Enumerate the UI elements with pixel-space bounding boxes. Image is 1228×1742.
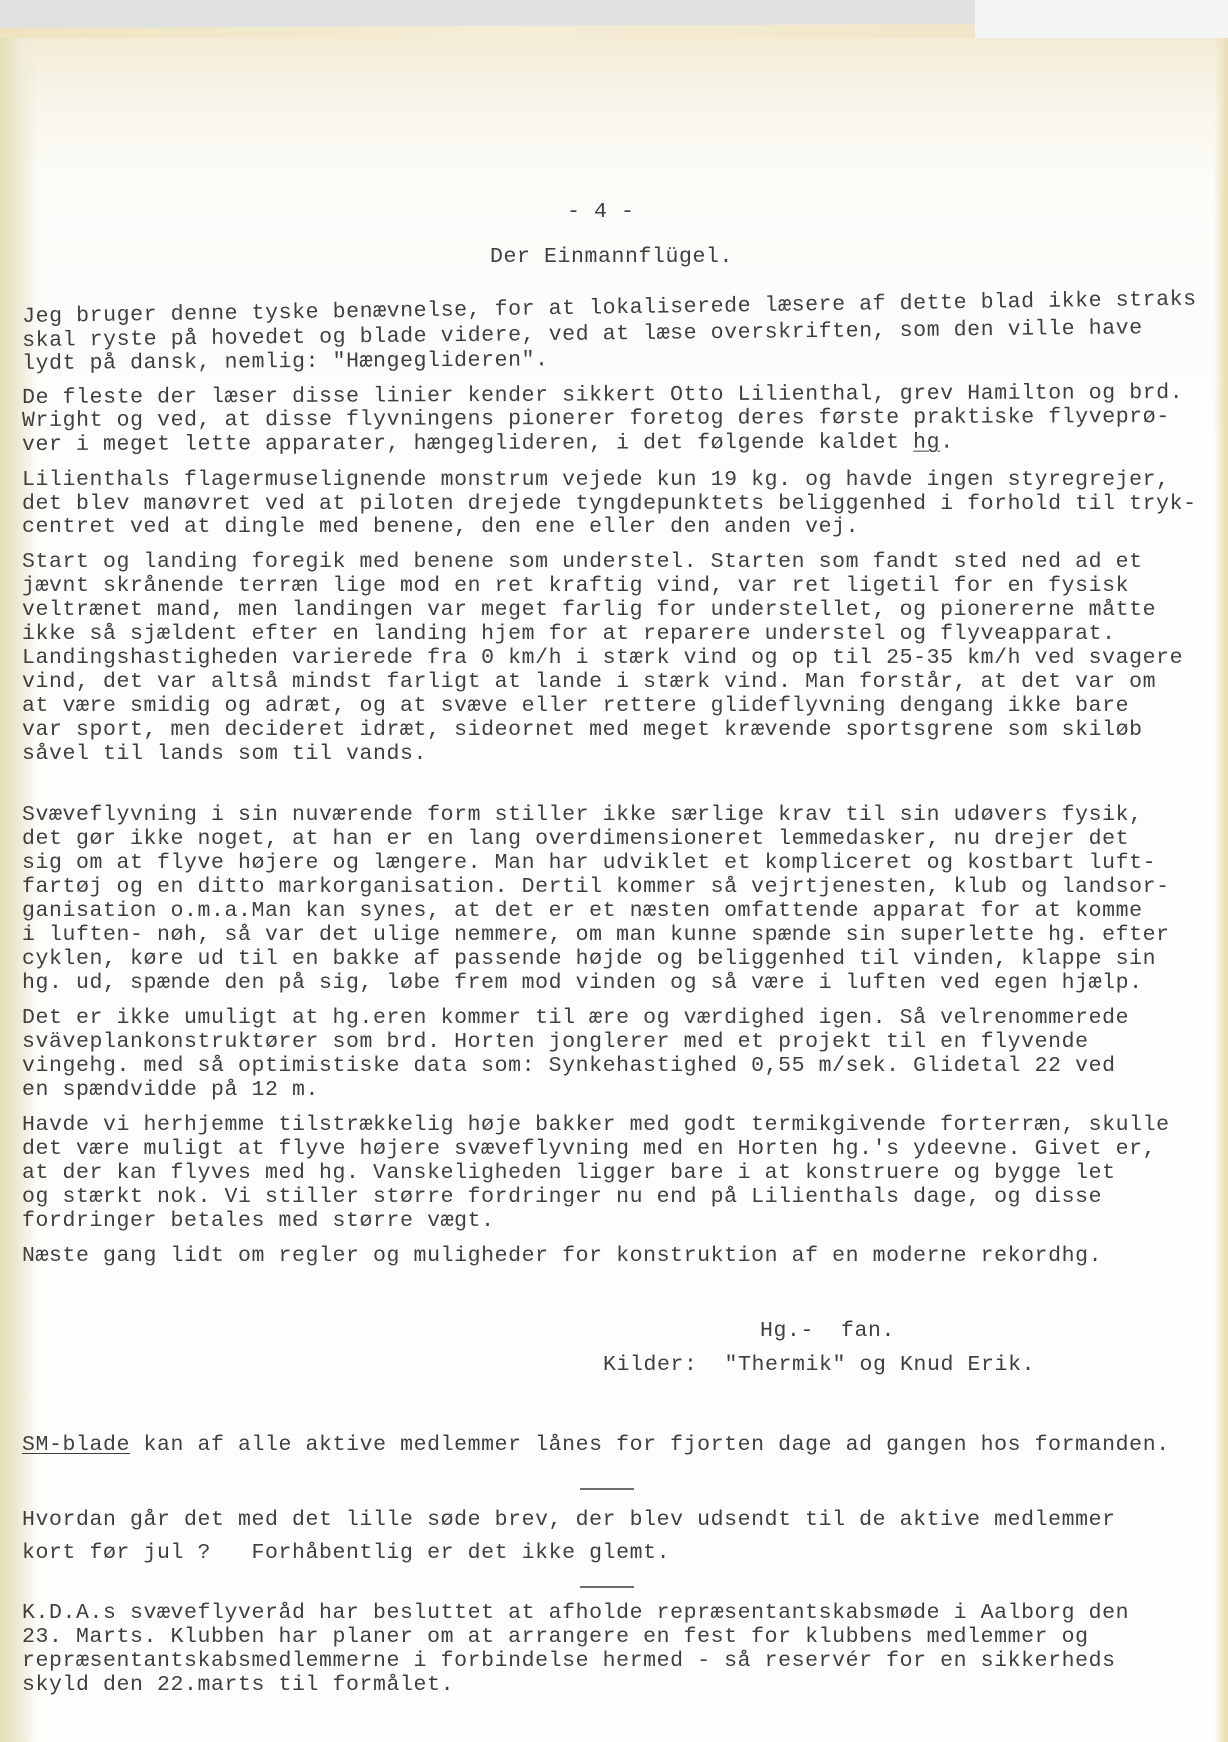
separator-rule <box>580 1488 634 1490</box>
text-line: det blev manøvret ved at piloten drejede… <box>22 492 1197 516</box>
text-line: fartøj og en ditto markorganisation. Der… <box>22 875 1170 899</box>
text-line: lydt på dansk, nemlig: "Hængeglideren". <box>22 348 549 376</box>
text-line: såvel til lands som til vands. <box>22 742 427 766</box>
underlined-abbreviation: hg <box>913 431 940 455</box>
text-line: repræsentantskabsmedlemmerne i forbindel… <box>22 1649 1116 1673</box>
text-line: det gør ikke noget, at han er en lang ov… <box>22 827 1129 851</box>
text-line: hg. ud, spænde den på sig, løbe frem mod… <box>22 971 1143 995</box>
text-line: K.D.A.s svæveflyveråd har besluttet at a… <box>22 1601 1129 1625</box>
text-line: vingehg. med så optimistiske data som: S… <box>22 1054 1116 1078</box>
text-line: Wright og ved, at disse flyvningens pion… <box>22 405 1170 433</box>
text-line: sig om at flyve højere og længere. Man h… <box>22 851 1156 875</box>
text-line: ver i meget lette apparater, hængeglider… <box>22 431 954 457</box>
text-line: i luften- nøh, så var det ulige nemmere,… <box>22 923 1170 947</box>
text-line: Hvordan går det med det lille søde brev,… <box>22 1508 1116 1532</box>
text-line: jævnt skrånende terræn lige mod en ret k… <box>22 574 1129 598</box>
notice-text: kan af alle aktive medlemmer lånes for f… <box>130 1433 1170 1457</box>
text-line: Landingshastigheden varierede fra 0 km/h… <box>22 646 1183 670</box>
text-line: skyld den 22.marts til formålet. <box>22 1673 454 1697</box>
text-line: Det er ikke umuligt at hg.eren kommer ti… <box>22 1006 1129 1030</box>
text-line: en spændvidde på 12 m. <box>22 1078 319 1102</box>
text-line: ikke så sjældent efter en landing hjem f… <box>22 622 1116 646</box>
sources-line: Kilder: "Thermik" og Knud Erik. <box>603 1353 1035 1377</box>
text-line: var sport, men decideret idræt, sideorne… <box>22 718 1143 742</box>
text-line: at være smidig og adræt, og at svæve ell… <box>22 694 1129 718</box>
page-number: - 4 - <box>567 200 635 224</box>
text-line: centret ved at dingle med benene, den en… <box>22 515 859 539</box>
text-line: veltrænet mand, men landingen var meget … <box>22 598 1156 622</box>
text-line: fordringer betales med større vægt. <box>22 1209 495 1233</box>
signature: Hg.- fan. <box>760 1319 895 1343</box>
text-line: 23. Marts. Klubben har planer om at arra… <box>22 1625 1089 1649</box>
text-line: at der kan flyves med hg. Vanskeligheden… <box>22 1161 1116 1185</box>
text-line: Næste gang lidt om regler og muligheder … <box>22 1244 1102 1268</box>
underlined-lead: SM-blade <box>22 1433 130 1457</box>
text-line: sväveplankonstruktører som brd. Horten j… <box>22 1030 1089 1054</box>
text-line: Svæveflyvning i sin nuværende form still… <box>22 803 1143 827</box>
text-line: cyklen, køre ud til en bakke af passende… <box>22 947 1156 971</box>
text-line: Havde vi herhjemme tilstrækkelig høje ba… <box>22 1113 1170 1137</box>
text-line: vind, det var altså mindst farligt at la… <box>22 670 1156 694</box>
typewritten-page: - 4 - Der Einmannflügel. Jeg bruger denn… <box>0 38 1228 1742</box>
text-line: Start og landing foregik med benene som … <box>22 550 1143 574</box>
article-title: Der Einmannflügel. <box>490 245 733 269</box>
text-line: ganisation o.m.a.Man kan synes, at det e… <box>22 899 1143 923</box>
text-line: og stærkt nok. Vi stiller større fordrin… <box>22 1185 1102 1209</box>
text-line: Lilienthals flagermuselignende monstrum … <box>22 468 1170 492</box>
separator-rule <box>580 1586 634 1588</box>
text-line: kort før jul ? Forhåbentlig er det ikke … <box>22 1541 670 1565</box>
text-line: det være muligt at flyve højere svævefly… <box>22 1137 1156 1161</box>
scanner-background <box>975 0 1228 38</box>
notice-sm-blade: SM-blade kan af alle aktive medlemmer lå… <box>22 1433 1170 1457</box>
